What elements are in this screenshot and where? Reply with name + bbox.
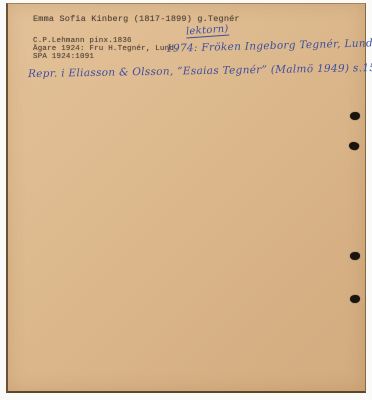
person-name-line: Emma Sofia Kinberg (1817-1899) g.Tegnér [33, 14, 240, 24]
handwritten-reproduction-note: Repr. i Eliasson & Olsson, ”Esaias Tegné… [28, 62, 372, 80]
punch-hole-dot [348, 141, 360, 152]
punch-hole-dot [350, 252, 360, 260]
archive-number-line: SPA 1924:1091 [33, 53, 94, 61]
punch-hole-dot [350, 112, 360, 120]
punch-hole-dot [350, 295, 360, 303]
owner-line: Ägare 1924: Fru H.Tegnér, Lund. [33, 45, 179, 53]
archive-card: Emma Sofia Kinberg (1817-1899) g.Tegnér … [6, 3, 366, 393]
handwritten-owner-1974-note: 1974: Fröken Ingeborg Tegnér, Lund. [166, 37, 372, 55]
handwritten-owner-title-note: lektorn) [186, 24, 229, 39]
artist-attribution-line: C.P.Lehmann pinx.1836 [33, 37, 132, 45]
